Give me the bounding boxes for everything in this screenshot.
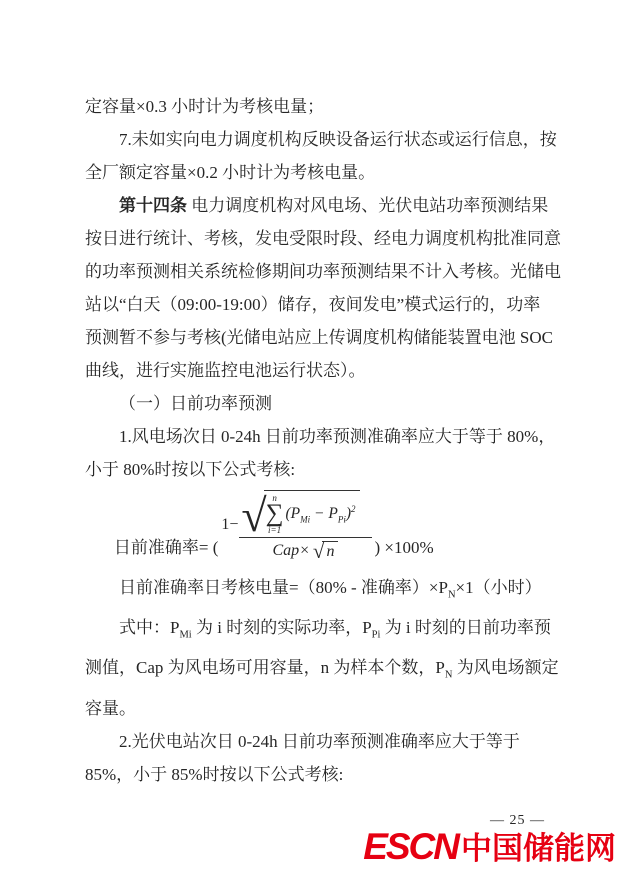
subscript-pi: Pi xyxy=(338,514,346,524)
text-line: 预测暂不参与考核(光储电站应上传调度机构储能装置电池 SOC xyxy=(85,321,545,354)
text-segment: 全厂额定容量×0.2 小时计为考核电量。 xyxy=(85,163,375,182)
escn-logo-latin: ESCN xyxy=(363,826,458,868)
formula-equals-open-paren: = ( xyxy=(199,539,219,561)
text-segment: 测值，Cap 为风电场可用容量，n 为样本个数，P xyxy=(85,658,445,677)
text-line: 第十四条 电力调度机构对风电场、光伏电站功率预测结果 xyxy=(85,189,545,222)
text-line: 式中：PMi 为 i 时刻的实际功率，PPi 为 i 时刻的日前功率预 xyxy=(85,611,545,651)
text-subscript: N xyxy=(448,589,456,600)
text-line: 小于 80%时按以下公式考核: xyxy=(85,453,545,486)
text-line: 日前准确率日考核电量=（80% - 准确率）×PN×1（小时） xyxy=(85,571,545,611)
sum-lower-limit: i=1 xyxy=(268,526,281,535)
text-segment: 日前准确率日考核电量=（80% - 准确率）×P xyxy=(119,578,448,597)
formula-radicand: n ∑ i=1 (PMi − PPi)2 xyxy=(264,490,360,535)
formula-one-minus: 1− xyxy=(221,516,238,534)
text-segment: 小于 80%时按以下公式考核: xyxy=(85,460,295,479)
text-line: 曲线，进行实施监控电池运行状态）。 xyxy=(85,354,545,387)
text-line: 定容量×0.3 小时计为考核电量； xyxy=(85,90,545,123)
document-body-bottom: 日前准确率日考核电量=（80% - 准确率）×PN×1（小时）式中：PMi 为 … xyxy=(85,571,545,791)
formula-day-ahead-accuracy: 日前准确率 = ( 1− √ n ∑ i=1 (PMi − PPi)2 xyxy=(85,490,545,561)
text-line: 按日进行统计、考核，发电受限时段、经电力调度机构批准同意 xyxy=(85,222,545,255)
text-segment: 站以“白天（09:00-19:00）储存，夜间发电”模式运行的，功率 xyxy=(85,295,540,314)
text-segment: 2.光伏电站次日 0-24h 日前功率预测准确率应大于等于 xyxy=(119,732,520,751)
term-mid: − P xyxy=(310,505,338,522)
text-line: 2.光伏电站次日 0-24h 日前功率预测准确率应大于等于 xyxy=(85,725,545,758)
formula-fraction: √ n ∑ i=1 (PMi − PPi)2 Cap× √ n xyxy=(239,490,371,561)
denom-cap: Cap× xyxy=(272,542,309,560)
text-segment: 为 i 时刻的日前功率预 xyxy=(380,618,550,637)
text-segment: 为风电场额定 xyxy=(452,658,558,677)
escn-logo: ESCN 中国储能网 xyxy=(363,823,616,868)
term-open: (P xyxy=(286,505,301,522)
formula-numerator: √ n ∑ i=1 (PMi − PPi)2 xyxy=(239,490,371,538)
text-segment: 1.风电场次日 0-24h 日前功率预测准确率应大于等于 80%， xyxy=(119,427,555,446)
text-segment: 为 i 时刻的实际功率，P xyxy=(192,618,372,637)
formula-squared-term: (PMi − PPi)2 xyxy=(286,504,356,524)
text-segment: 预测暂不参与考核(光储电站应上传调度机构储能装置电池 SOC xyxy=(85,328,553,347)
text-segment: ×1（小时） xyxy=(456,578,542,597)
escn-logo-chinese: 中国储能网 xyxy=(461,823,616,868)
text-segment: 的功率预测相关系统检修期间功率预测结果不计入考核。光储电 xyxy=(85,262,561,281)
small-radical-sign-icon: √ xyxy=(313,542,325,561)
text-segment: 电力调度机构对风电场、光伏电站功率预测结果 xyxy=(187,196,548,215)
subscript-mi: Mi xyxy=(300,514,310,524)
formula-fraction-group: 1− √ n ∑ i=1 (PMi − PPi)2 Cap× √ xyxy=(221,490,371,561)
text-segment: 7.未如实向电力调度机构反映设备运行状态或运行信息，按 xyxy=(119,130,557,149)
document-page: 定容量×0.3 小时计为考核电量；7.未如实向电力调度机构反映设备运行状态或运行… xyxy=(0,0,620,876)
formula-close-times-100: ) ×100% xyxy=(375,539,434,561)
text-line: 全厂额定容量×0.2 小时计为考核电量。 xyxy=(85,156,545,189)
text-segment: 85%，小于 85%时按以下公式考核: xyxy=(85,765,343,784)
radical-sign-icon: √ xyxy=(241,494,266,538)
text-segment: 第十四条 xyxy=(119,196,187,215)
text-segment: 定容量×0.3 小时计为考核电量； xyxy=(85,97,324,116)
text-line: 站以“白天（09:00-19:00）储存，夜间发电”模式运行的，功率 xyxy=(85,288,545,321)
summation-symbol: n ∑ i=1 xyxy=(266,494,284,535)
formula-denominator: Cap× √ n xyxy=(272,538,338,561)
text-line: 7.未如实向电力调度机构反映设备运行状态或运行信息，按 xyxy=(85,123,545,156)
text-segment: （一）日前功率预测 xyxy=(119,394,272,413)
text-segment: 式中：P xyxy=(119,618,179,637)
text-line: 1.风电场次日 0-24h 日前功率预测准确率应大于等于 80%， xyxy=(85,420,545,453)
formula-lhs: 日前准确率 xyxy=(114,539,199,561)
text-segment: 曲线，进行实施监控电池运行状态）。 xyxy=(85,361,366,380)
superscript-two: 2 xyxy=(351,504,356,514)
text-line: 85%，小于 85%时按以下公式考核: xyxy=(85,758,545,791)
text-line: 测值，Cap 为风电场可用容量，n 为样本个数，PN 为风电场额定 xyxy=(85,651,545,691)
sigma-icon: ∑ xyxy=(266,503,284,526)
text-segment: 容量。 xyxy=(85,699,136,718)
text-line: 容量。 xyxy=(85,692,545,725)
document-body-top: 定容量×0.3 小时计为考核电量；7.未如实向电力调度机构反映设备运行状态或运行… xyxy=(85,90,545,486)
text-subscript: Mi xyxy=(179,629,191,640)
text-line: （一）日前功率预测 xyxy=(85,387,545,420)
text-segment: 按日进行统计、考核，发电受限时段、经电力调度机构批准同意 xyxy=(85,229,561,248)
text-line: 的功率预测相关系统检修期间功率预测结果不计入考核。光储电 xyxy=(85,255,545,288)
